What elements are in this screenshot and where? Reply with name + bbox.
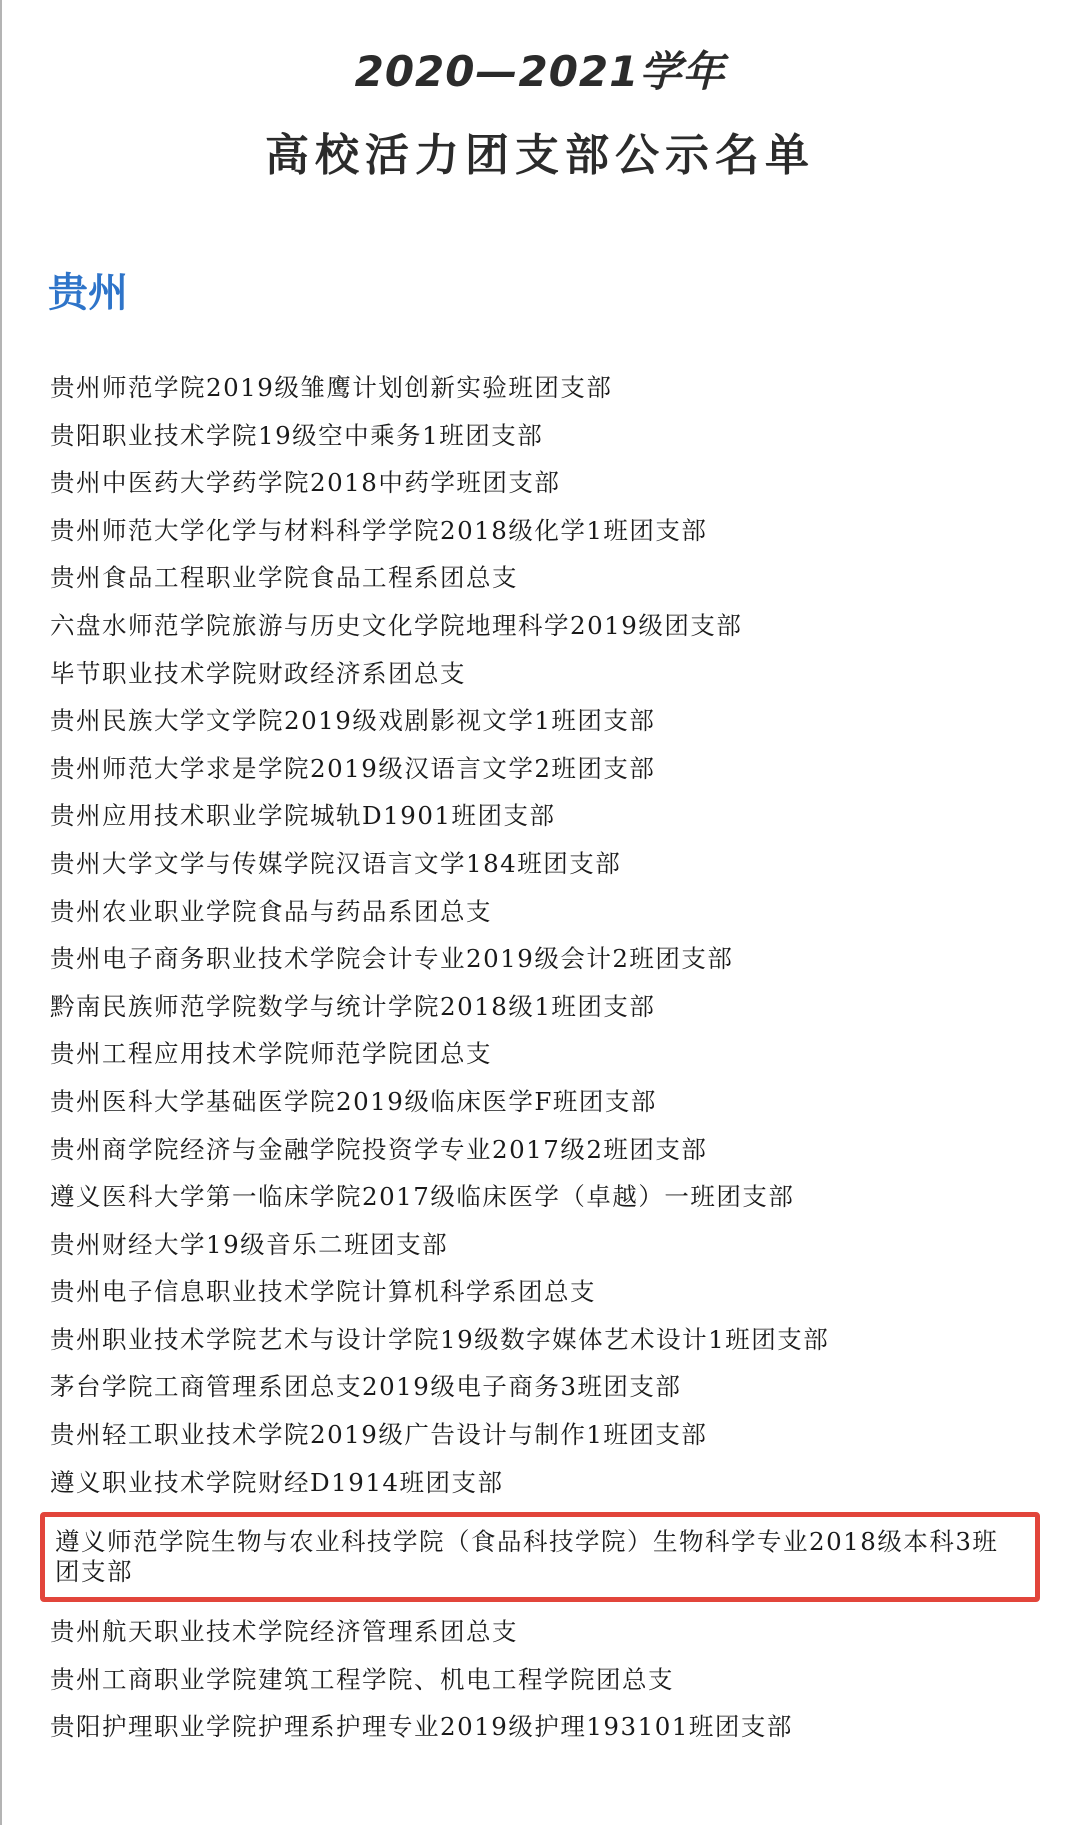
list-item: 贵州师范大学化学与材料科学学院2018级化学1班团支部 (0, 507, 1080, 555)
list-item: 贵州中医药大学药学院2018中药学班团支部 (0, 459, 1080, 507)
list-item: 茅台学院工商管理系团总支2019级电子商务3班团支部 (0, 1363, 1080, 1411)
list-item: 贵阳护理职业学院护理系护理专业2019级护理193101班团支部 (0, 1703, 1080, 1751)
list-item: 毕节职业技术学院财政经济系团总支 (0, 650, 1080, 698)
list-item: 贵州航天职业技术学院经济管理系团总支 (0, 1608, 1080, 1656)
region-heading: 贵州 (48, 268, 128, 318)
list-item: 贵州商学院经济与金融学院投资学专业2017级2班团支部 (0, 1126, 1080, 1174)
list-item: 黔南民族师范学院数学与统计学院2018级1班团支部 (0, 983, 1080, 1031)
list-item: 贵州工程应用技术学院师范学院团总支 (0, 1030, 1080, 1078)
list-item: 贵州民族大学文学院2019级戏剧影视文学1班团支部 (0, 697, 1080, 745)
list-item: 贵州轻工职业技术学院2019级广告设计与制作1班团支部 (0, 1411, 1080, 1459)
list-item: 贵州医科大学基础医学院2019级临床医学F班团支部 (0, 1078, 1080, 1126)
highlighted-list-item: 遵义师范学院生物与农业科技学院（食品科技学院）生物科学专业2018级本科3班团支… (40, 1512, 1040, 1602)
title-list-name: 高校活力团支部公示名单 (0, 126, 1080, 186)
list-item: 贵州应用技术职业学院城轨D1901班团支部 (0, 792, 1080, 840)
list-item: 遵义医科大学第一临床学院2017级临床医学（卓越）一班团支部 (0, 1173, 1080, 1221)
list-item: 贵阳职业技术学院19级空中乘务1班团支部 (0, 412, 1080, 460)
list-item: 贵州师范大学求是学院2019级汉语言文学2班团支部 (0, 745, 1080, 793)
list-item: 贵州师范学院2019级雏鹰计划创新实验班团支部 (0, 364, 1080, 412)
document-title: 2020—2021学年 高校活力团支部公示名单 (0, 42, 1080, 186)
list-item: 遵义职业技术学院财经D1914班团支部 (0, 1459, 1080, 1507)
title-academic-year: 2020—2021学年 (0, 42, 1080, 102)
branch-list: 贵州师范学院2019级雏鹰计划创新实验班团支部 贵阳职业技术学院19级空中乘务1… (0, 364, 1080, 1751)
list-item: 六盘水师范学院旅游与历史文化学院地理科学2019级团支部 (0, 602, 1080, 650)
list-item: 贵州财经大学19级音乐二班团支部 (0, 1221, 1080, 1269)
list-item: 贵州食品工程职业学院食品工程系团总支 (0, 554, 1080, 602)
list-item: 贵州工商职业学院建筑工程学院、机电工程学院团总支 (0, 1656, 1080, 1704)
list-item: 贵州农业职业学院食品与药品系团总支 (0, 888, 1080, 936)
list-item: 贵州职业技术学院艺术与设计学院19级数字媒体艺术设计1班团支部 (0, 1316, 1080, 1364)
list-item: 贵州电子商务职业技术学院会计专业2019级会计2班团支部 (0, 935, 1080, 983)
list-item: 贵州大学文学与传媒学院汉语言文学184班团支部 (0, 840, 1080, 888)
list-item: 贵州电子信息职业技术学院计算机科学系团总支 (0, 1268, 1080, 1316)
